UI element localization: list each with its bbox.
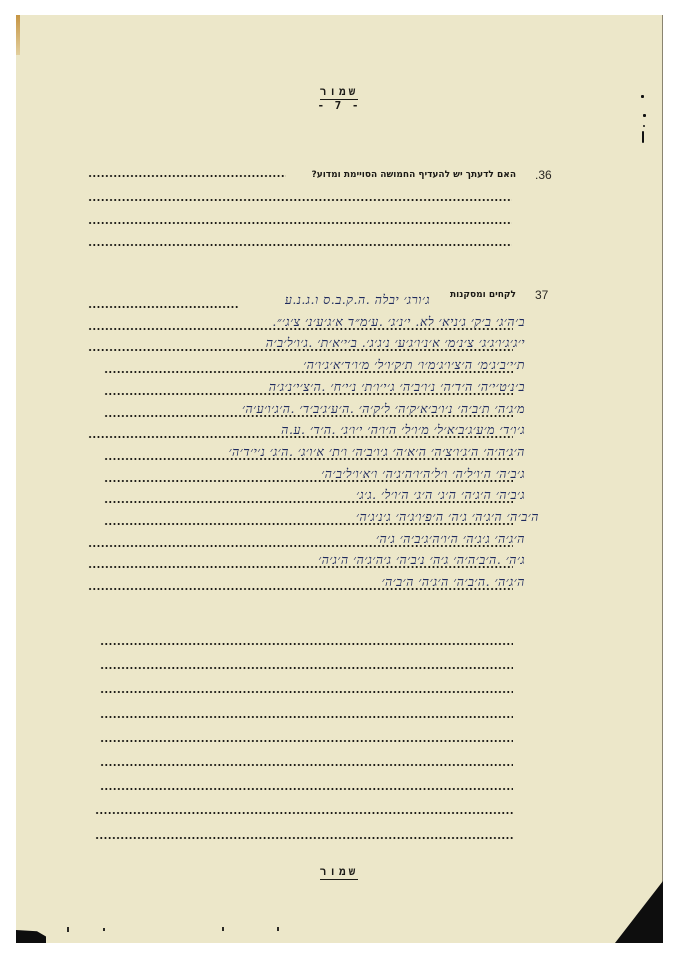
handwritten-answer-line: מ׳ג׳ה׳ ת׳ב׳ה׳ נ׳ו׳ב׳א׳ק׳ה׳ ל׳ק׳ה׳ .ה׳ע׳ג… xyxy=(242,401,525,417)
answer-line xyxy=(95,837,513,839)
scanned-document-page: שמור - 7 - .36 האם לדעתך יש להעדיף החמוש… xyxy=(16,15,663,943)
answer-line xyxy=(88,222,512,224)
answer-line xyxy=(100,643,513,645)
handwritten-answer-line: ג׳ב׳ה׳ ה׳ג׳ה׳ ה׳ג׳ ה׳ג׳ ה׳ו׳ל׳ .ג׳ג׳ xyxy=(356,487,525,503)
answer-line xyxy=(88,175,286,177)
paper-stain xyxy=(16,15,20,55)
classification-header: שמור xyxy=(16,85,662,99)
question-37-prompt: לקחים ומסקנות xyxy=(450,290,516,300)
answer-line xyxy=(100,740,513,742)
classification-footer-text: שמור xyxy=(320,865,358,880)
classification-footer: שמור xyxy=(16,865,662,879)
scan-corner-artifact xyxy=(16,930,46,943)
answer-line xyxy=(100,764,513,766)
handwritten-answer-line: ג׳ורג׳ יבלה .ה.ק.ב.ס ו.ג.נ.ע xyxy=(285,292,430,308)
answer-line xyxy=(100,691,513,693)
handwritten-answer-line: ת׳י׳ב׳ג׳מ׳ ה׳צ׳ו׳ג׳מ׳ו׳ ת׳ק׳ו׳ל׳ מ׳ו׳ד׳א… xyxy=(303,357,525,373)
answer-line xyxy=(100,667,513,669)
question-36-number: .36 xyxy=(535,168,552,182)
answer-line xyxy=(95,812,513,814)
handwritten-answer-line: ה׳ג׳ה׳ ג׳ג׳ה׳ ה׳ו׳ה׳ג׳ב׳ה׳ ג׳ה׳ xyxy=(376,531,525,547)
answer-line xyxy=(88,306,238,308)
answer-line xyxy=(88,199,512,201)
answer-line xyxy=(100,716,513,718)
scan-corner-artifact xyxy=(615,881,663,943)
handwritten-answer-line: י׳ג׳ג׳ו׳ג׳ג׳ צ׳נ׳מ׳ א׳נ׳ו׳ג׳ע׳ נ׳ג׳ג׳. ב… xyxy=(266,335,525,351)
handwritten-answer-line: ב׳ה׳ג׳ ב׳ק׳ ג׳ניא׳ לא. י׳נ׳ג׳ .ע׳מ״ד א׳ג… xyxy=(272,314,525,330)
answer-line xyxy=(88,244,512,246)
question-37-number: 37 xyxy=(535,288,548,302)
handwritten-answer-line: ג׳ה׳ .ה׳ב׳ה׳ה׳ ג׳ה׳ נ׳ב׳ה׳ ג׳ה׳ג׳ה׳ ה׳ג׳… xyxy=(318,552,525,568)
handwritten-answer-line: ב׳נ׳ט׳י׳ה׳ ה׳ד׳ה׳ נ׳ו׳ב׳ה׳ ג׳י׳ו׳ת׳ נ׳י׳… xyxy=(269,379,525,395)
handwritten-answer-line: ה׳ג׳ה׳ .ה׳ב׳ה׳ ה׳ג׳ה׳ ה׳ב׳ה׳ xyxy=(382,574,525,590)
handwritten-answer-line: ה׳ב׳ה׳ ה׳ג׳ה׳ ג׳ה׳ ה׳פ׳ו׳ג׳ה׳ ג׳נ׳ג׳ה׳ xyxy=(356,509,539,525)
question-36-prompt: האם לדעתך יש להעדיף החמושה הסויימת ומדוע… xyxy=(311,170,516,180)
handwritten-answer-line: ג׳ו׳ד׳ מ׳ע׳ג׳ב׳א׳ל׳ מ׳ו׳ל׳ ה׳ו׳ה׳ י׳ו׳ג׳… xyxy=(281,422,525,438)
answer-line xyxy=(100,788,513,790)
page-number: - 7 - xyxy=(16,99,662,112)
classification-header-text: שמור xyxy=(320,85,358,100)
handwritten-answer-line: ה׳ג׳ה׳ה׳ ה׳ג׳ו׳צ׳ה׳ ה׳א׳ה׳ ג׳ו׳ב׳ה׳ ו׳ת׳… xyxy=(229,444,525,460)
handwritten-answer-line: ג׳ב׳ה׳ ה׳ו׳ל׳ה׳ ו׳ל׳ה׳ו׳ה׳ג׳ה׳ ו׳א׳ו׳ל׳ב… xyxy=(321,466,525,482)
